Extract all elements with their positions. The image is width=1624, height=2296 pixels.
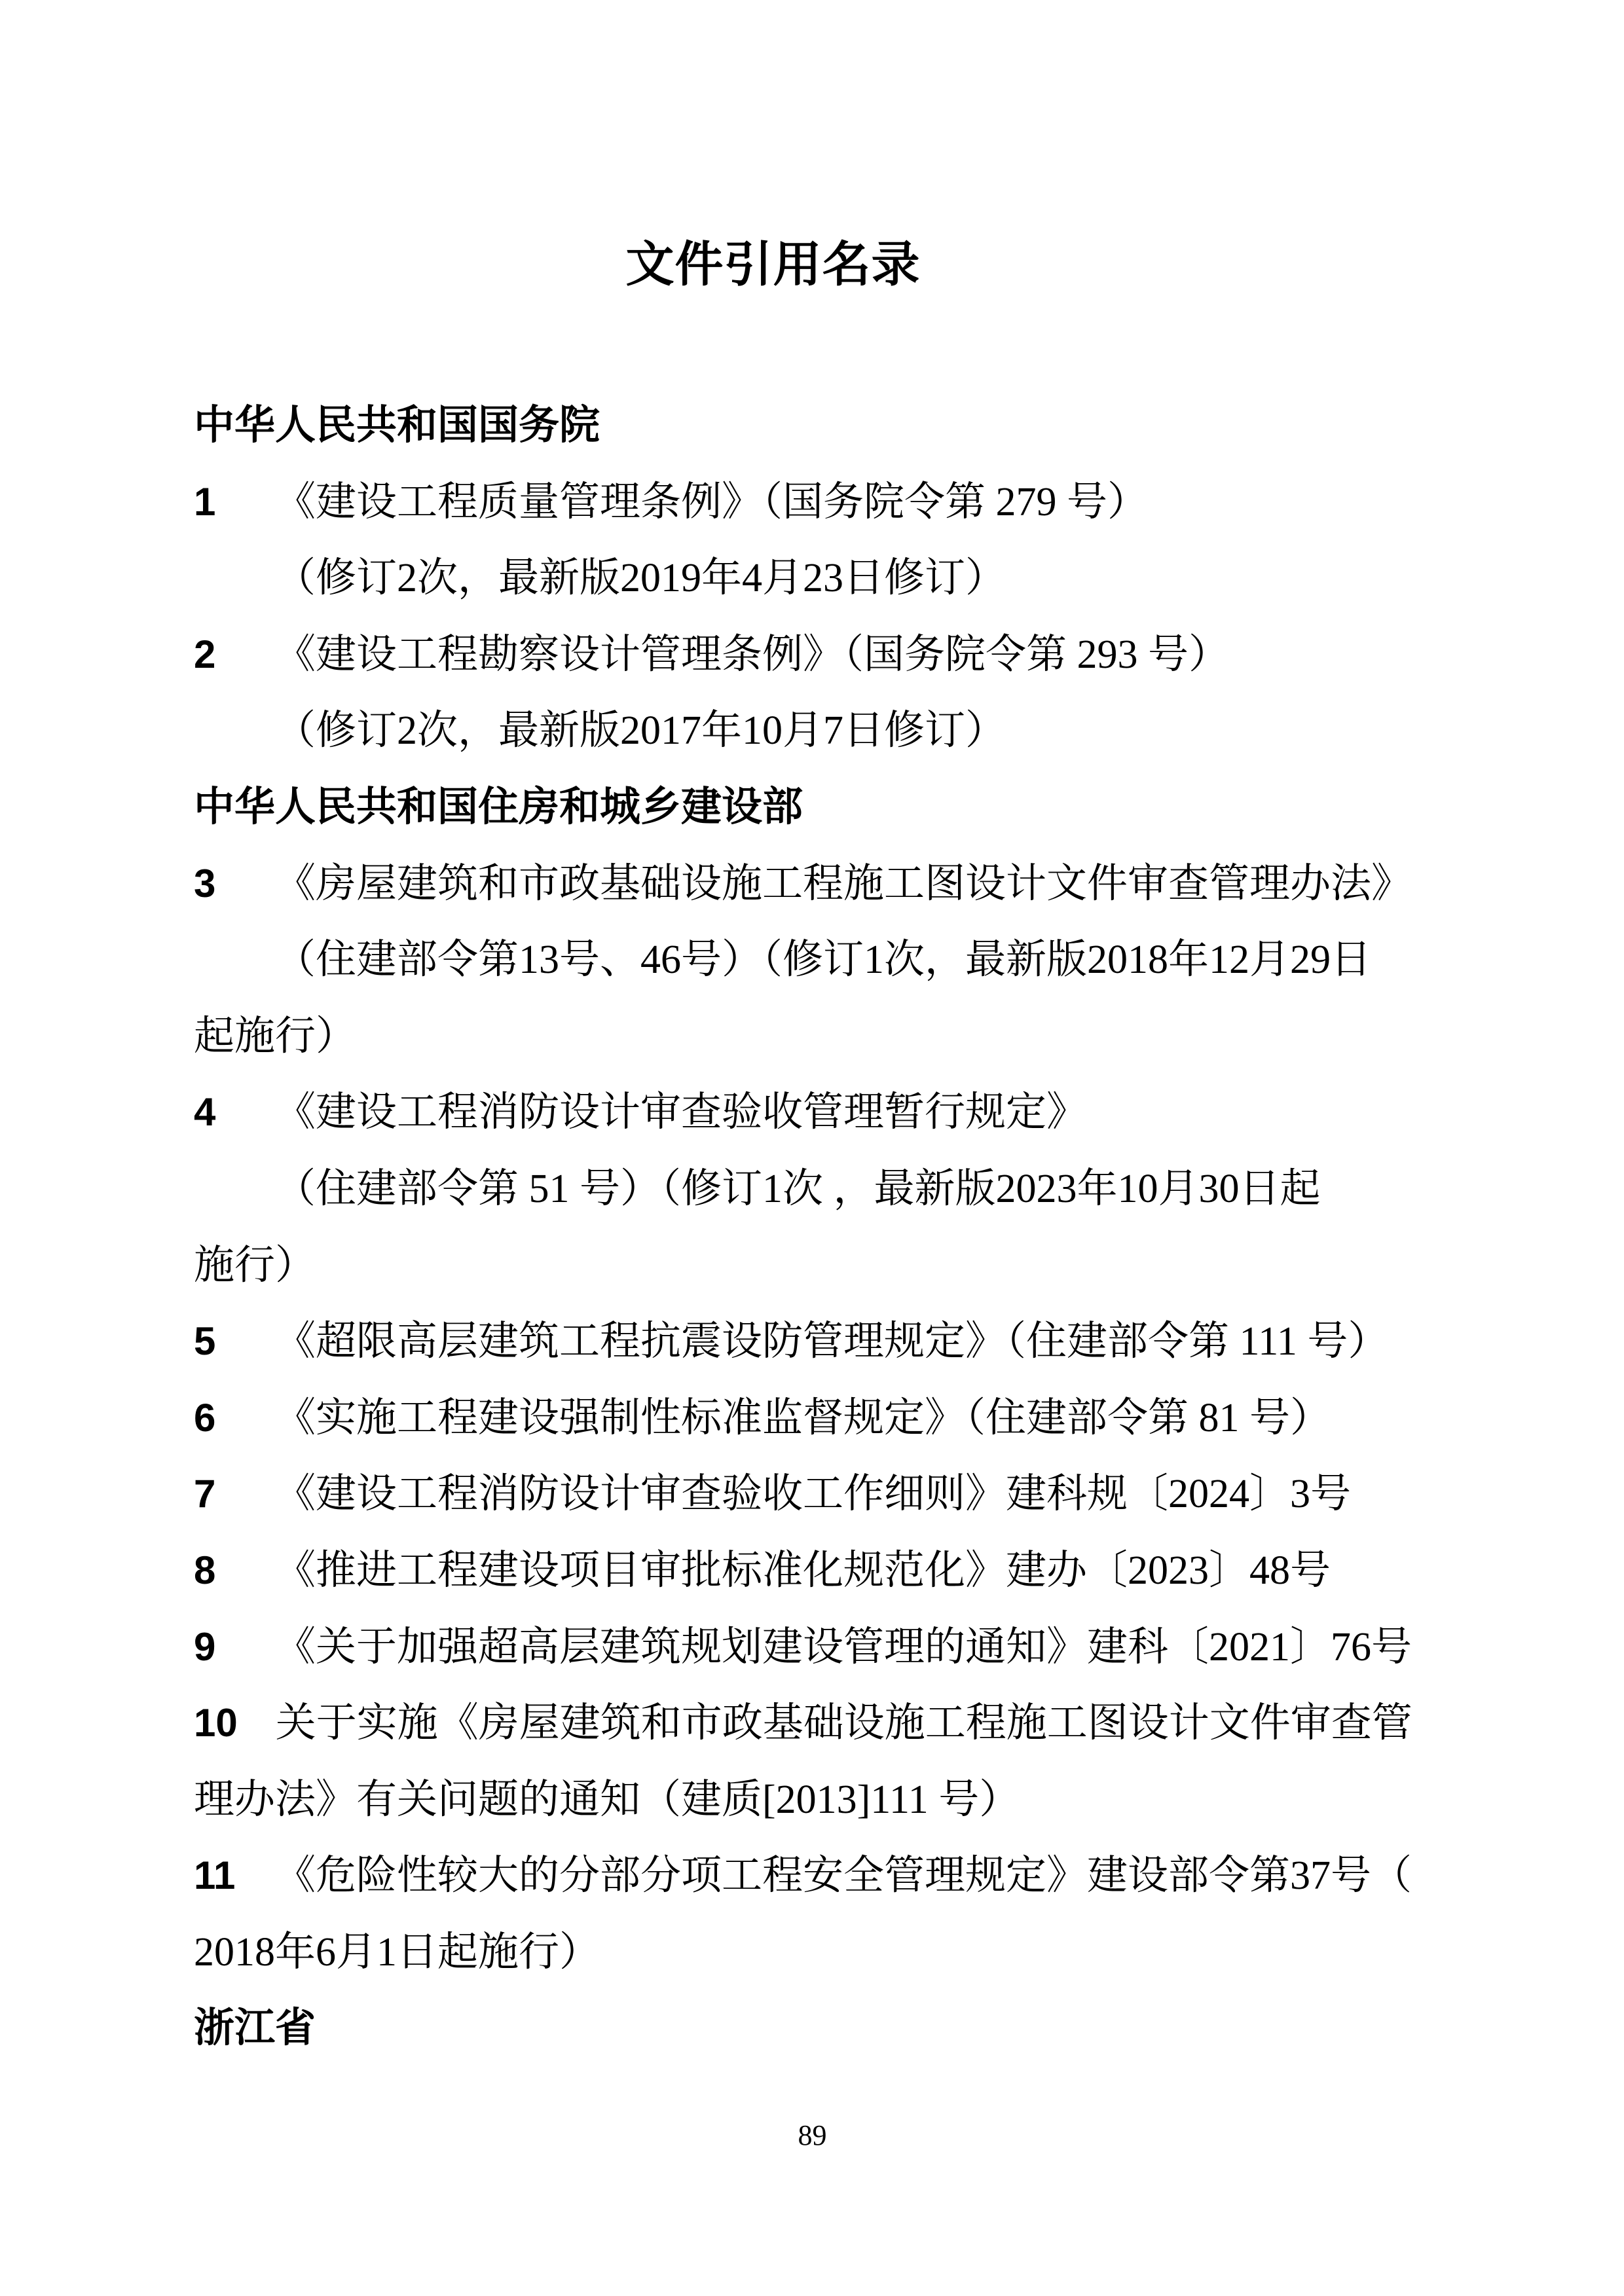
item-text: 《建设工程质量管理条例》（国务院令第 279 号） [275,480,1148,524]
item-number: 3 [194,846,237,922]
item-number: 2 [194,617,237,693]
item-text: 《推进工程建设项目审批标准化规范化》建办〔2023〕48号 [275,1548,1331,1593]
list-item-3-detail: （住建部令第13号、46号）（修订1次，最新版2018年12月29日 [194,922,1431,998]
list-item-11: 11《危险性较大的分部分项工程安全管理规定》建设部令第37号（ [194,1838,1431,1914]
item-text: 《超限高层建筑工程抗震设防管理规定》（住建部令第 111 号） [275,1319,1388,1364]
item-number: 6 [194,1380,237,1457]
item-number: 1 [194,464,237,541]
section-heading-state-council: 中华人民共和国国务院 [194,388,1431,464]
item-text: 《危险性较大的分部分项工程安全管理规定》建设部令第37号（ [275,1853,1412,1898]
list-item-4-detail: （住建部令第 51 号）（修订1次 ，最新版2023年10月30日起 [194,1151,1431,1228]
item-number: 9 [194,1609,237,1686]
section-heading-mohurd: 中华人民共和国住房和城乡建设部 [194,769,1431,846]
document-page: 文件引用名录 中华人民共和国国务院 1《建设工程质量管理条例》（国务院令第 27… [0,0,1624,2296]
section-heading-zhejiang: 浙江省 [194,1990,1431,2067]
list-item-4: 4《建设工程消防设计审查验收管理暂行规定》 [194,1074,1431,1151]
item-text: 《建设工程消防设计审查验收工作细则》建科规〔2024〕3号 [275,1472,1351,1516]
list-item-5: 5《超限高层建筑工程抗震设防管理规定》（住建部令第 111 号） [194,1303,1431,1380]
list-item-1-detail: （修订2次，最新版2019年4月23日修订） [194,540,1431,617]
list-item-9: 9《关于加强超高层建筑规划建设管理的通知》建科〔2021〕76号 [194,1609,1431,1686]
item-text: 《实施工程建设强制性标准监督规定》（住建部令第 81 号） [275,1396,1331,1440]
item-text: 《房屋建筑和市政基础设施工程施工图设计文件审查管理办法》 [275,862,1412,906]
list-item-6: 6《实施工程建设强制性标准监督规定》（住建部令第 81 号） [194,1380,1431,1457]
item-number: 5 [194,1303,237,1380]
list-item-3-continuation: 起施行） [194,998,1431,1075]
item-number: 10 [194,1685,238,1762]
list-item-4-continuation: 施行） [194,1228,1431,1304]
page-number: 89 [194,2098,1431,2174]
item-number: 4 [194,1074,237,1151]
page-title: 文件引用名录 [155,227,1392,302]
item-text: 关于实施《房屋建筑和市政基础设施工程施工图设计文件审查管 [276,1701,1412,1745]
item-text: 《建设工程勘察设计管理条例》（国务院令第 293 号） [275,632,1229,677]
item-text: 《建设工程消防设计审查验收管理暂行规定》 [275,1090,1087,1135]
citation-list: 中华人民共和国国务院 1《建设工程质量管理条例》（国务院令第 279 号） （修… [194,388,1431,2067]
list-item-3: 3《房屋建筑和市政基础设施工程施工图设计文件审查管理办法》 [194,846,1431,922]
list-item-11-continuation: 2018年6月1日起施行） [194,1914,1431,1991]
list-item-2-detail: （修订2次，最新版2017年10月7日修订） [194,693,1431,769]
item-number: 11 [194,1838,237,1914]
list-item-10-continuation: 理办法》有关问题的通知（建质[2013]111 号） [194,1762,1431,1838]
item-number: 7 [194,1456,237,1533]
item-text: 《关于加强超高层建筑规划建设管理的通知》建科〔2021〕76号 [275,1625,1412,1669]
list-item-1: 1《建设工程质量管理条例》（国务院令第 279 号） [194,464,1431,541]
list-item-7: 7《建设工程消防设计审查验收工作细则》建科规〔2024〕3号 [194,1456,1431,1533]
list-item-10: 10关于实施《房屋建筑和市政基础设施工程施工图设计文件审查管 [194,1685,1431,1762]
list-item-2: 2《建设工程勘察设计管理条例》（国务院令第 293 号） [194,617,1431,693]
list-item-8: 8《推进工程建设项目审批标准化规范化》建办〔2023〕48号 [194,1533,1431,1609]
item-number: 8 [194,1533,237,1609]
